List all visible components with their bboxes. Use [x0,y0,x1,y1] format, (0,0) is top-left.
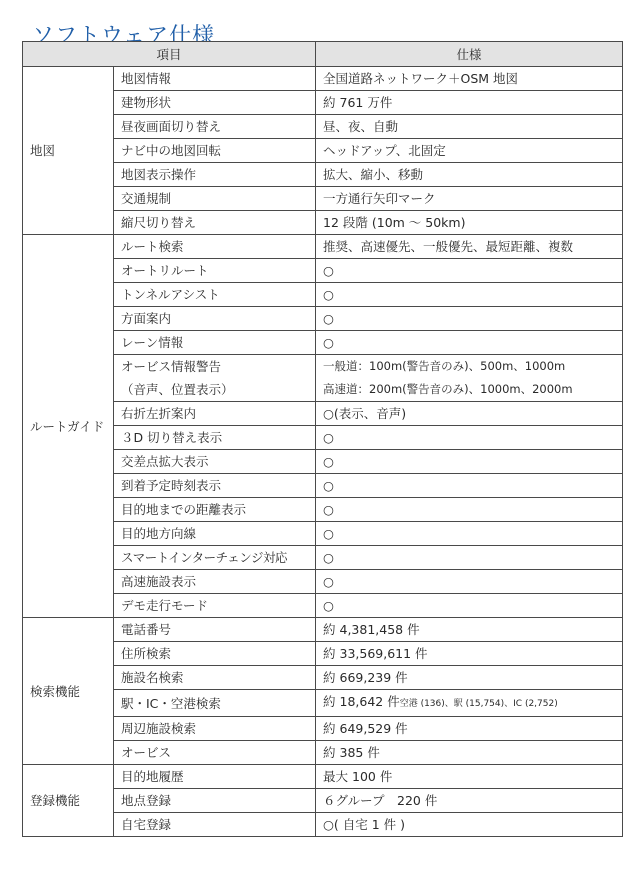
row-spec-line1: 一般道：100m(警告音のみ)、500m、1000m [323,355,615,378]
row-item: 住所検索 [114,642,316,666]
row-spec: 拡大、縮小、移動 [316,163,623,187]
row-item: デモ走行モード [114,594,316,618]
row-spec: ○ [316,307,623,331]
row-item: 方面案内 [114,307,316,331]
row-spec-line2: 高速道：200m(警告音のみ)、1000m、2000m [323,378,615,401]
row-item: 到着予定時刻表示 [114,474,316,498]
row-item: 右折左折案内 [114,402,316,426]
row-spec: 約 385 件 [316,741,623,765]
row-item: 交通規制 [114,187,316,211]
row-spec: 一方通行矢印マーク [316,187,623,211]
category-map: 地図 [23,67,114,235]
row-item: 施設名検索 [114,666,316,690]
row-item: 建物形状 [114,91,316,115]
table-row: 登録機能 目的地履歴 最大 100 件 [23,765,623,789]
row-spec: ヘッドアップ、北固定 [316,139,623,163]
row-item-line1: オービス情報警告 [121,355,308,378]
software-spec-table: 項目 仕様 地図 地図情報 全国道路ネットワーク＋OSM 地図 建物形状 約 7… [22,41,623,837]
row-spec: ○ [316,474,623,498]
row-spec: 約 4,381,458 件 [316,618,623,642]
row-item: オートリルート [114,259,316,283]
row-spec: ６グループ 220 件 [316,789,623,813]
row-spec: ○ [316,450,623,474]
row-item: オービス情報警告 （音声、位置表示） [114,355,316,402]
row-item: 地図表示操作 [114,163,316,187]
row-spec: ○( 自宅 1 件 ) [316,813,623,837]
row-spec-main: 約 18,642 件 [323,694,400,709]
row-item: ナビ中の地図回転 [114,139,316,163]
row-spec: 昼、夜、自動 [316,115,623,139]
row-item: 縮尺切り替え [114,211,316,235]
table-row: ルートガイド ルート検索 推奨、高速優先、一般優先、最短距離、複数 [23,235,623,259]
row-spec: ○ [316,570,623,594]
header-item: 項目 [23,42,316,67]
row-spec: ○ [316,331,623,355]
row-spec: 12 段階 (10m 〜 50km) [316,211,623,235]
row-spec: ○ [316,546,623,570]
row-item: 地図情報 [114,67,316,91]
category-search: 検索機能 [23,618,114,765]
row-spec: ○(表示、音声) [316,402,623,426]
row-item: オービス [114,741,316,765]
row-spec: 最大 100 件 [316,765,623,789]
row-spec: ○ [316,498,623,522]
row-spec: ○ [316,594,623,618]
row-spec: ○ [316,426,623,450]
row-spec: 約 33,569,611 件 [316,642,623,666]
row-spec-note: 空港 (136)、駅 (15,754)、IC (2,752) [400,699,558,709]
row-spec: 全国道路ネットワーク＋OSM 地図 [316,67,623,91]
row-spec: 一般道：100m(警告音のみ)、500m、1000m 高速道：200m(警告音の… [316,355,623,402]
row-spec: 推奨、高速優先、一般優先、最短距離、複数 [316,235,623,259]
row-item: ルート検索 [114,235,316,259]
row-item: トンネルアシスト [114,283,316,307]
row-item: 交差点拡大表示 [114,450,316,474]
row-spec: 約 669,239 件 [316,666,623,690]
row-item: 周辺施設検索 [114,717,316,741]
row-item: 昼夜画面切り替え [114,115,316,139]
row-item: 目的地方向線 [114,522,316,546]
row-spec: 約 18,642 件空港 (136)、駅 (15,754)、IC (2,752) [316,690,623,717]
row-spec: 約 649,529 件 [316,717,623,741]
row-item: 地点登録 [114,789,316,813]
row-item: 目的地履歴 [114,765,316,789]
row-spec: ○ [316,259,623,283]
row-item: レーン情報 [114,331,316,355]
header-spec: 仕様 [316,42,623,67]
row-item: ３D 切り替え表示 [114,426,316,450]
row-item: 高速施設表示 [114,570,316,594]
row-spec: ○ [316,522,623,546]
row-item: 目的地までの距離表示 [114,498,316,522]
row-item-line2: （音声、位置表示） [121,378,308,401]
row-item: 駅・IC・空港検索 [114,690,316,717]
table-header-row: 項目 仕様 [23,42,623,67]
row-spec: 約 761 万件 [316,91,623,115]
category-route-guide: ルートガイド [23,235,114,618]
category-registration: 登録機能 [23,765,114,837]
table-row: 地図 地図情報 全国道路ネットワーク＋OSM 地図 [23,67,623,91]
row-item: スマートインターチェンジ対応 [114,546,316,570]
row-item: 自宅登録 [114,813,316,837]
table-row: 検索機能 電話番号 約 4,381,458 件 [23,618,623,642]
row-spec: ○ [316,283,623,307]
row-item: 電話番号 [114,618,316,642]
